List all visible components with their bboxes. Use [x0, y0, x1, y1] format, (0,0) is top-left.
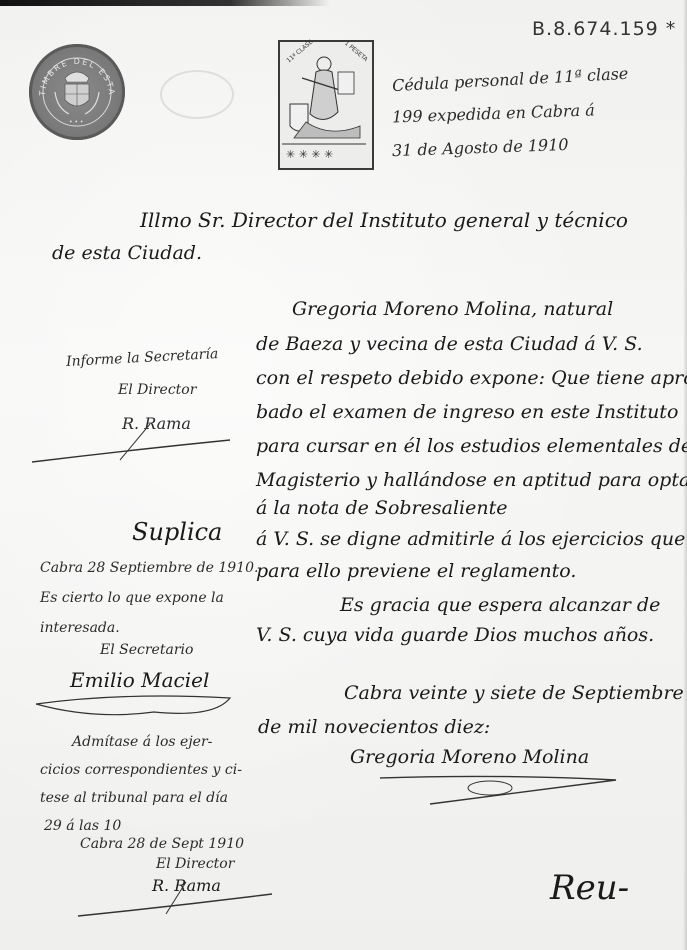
- cedula-note-line-1: Cédula personal de 11ª clase: [392, 64, 629, 95]
- applicant-signature: Gregoria Moreno Molina: [350, 746, 589, 768]
- informe-director-title: El Director: [118, 382, 196, 398]
- cedula-note-line-2: 199 expedida en Cabra á: [392, 100, 595, 126]
- body-line-3: con el respeto debido expone: Que tiene …: [256, 367, 687, 389]
- document-page: B.8.674.159 * TIMBRE DEL ESTADO • • • 11…: [0, 0, 687, 950]
- body-line-4: bado el examen de ingreso en este Instit…: [256, 401, 678, 423]
- salutation-line-1: Illmo Sr. Director del Instituto general…: [140, 208, 628, 232]
- royal-coat-of-arms-icon: TIMBRE DEL ESTADO • • •: [29, 44, 125, 140]
- body-line-10: Es gracia que espera alcanzar de: [340, 594, 660, 616]
- body-line-11: V. S. cuya vida guarde Dios muchos años.: [256, 624, 654, 646]
- cedula-note-line-3: 31 de Agosto de 1910: [392, 135, 569, 160]
- admission-note-line-1: Admítase á los ejer-: [72, 734, 212, 750]
- body-line-6: Magisterio y hallándose en aptitud para …: [256, 469, 687, 491]
- body-line-1: Gregoria Moreno Molina, natural: [292, 298, 613, 320]
- svg-text:• • •: • • •: [69, 119, 83, 126]
- director-signature-flourish-icon: [30, 420, 240, 466]
- secretary-signature-flourish-icon: [34, 688, 234, 722]
- body-line-5: para cursar en él los estudios elemental…: [256, 435, 687, 457]
- closing-line-2: de mil novecientos diez:: [258, 716, 490, 738]
- body-line-2: de Baeza y vecina de esta Ciudad á V. S.: [256, 333, 643, 355]
- admission-note-line-4: 29 á las 10: [44, 818, 121, 834]
- admission-date: Cabra 28 de Sept 1910: [80, 836, 244, 852]
- suplica-heading: Suplica: [132, 518, 222, 546]
- admission-director-title: El Director: [156, 856, 234, 872]
- serial-number: B.8.674.159 *: [532, 18, 676, 40]
- closing-line-1: Cabra veinte y siete de Septiembre: [344, 682, 684, 704]
- admission-note-line-2: cicios correspondientes y ci-: [40, 762, 242, 778]
- admission-note-line-3: tese al tribunal para el día: [40, 790, 228, 806]
- secretary-title: El Secretario: [100, 642, 193, 658]
- body-line-7: á la nota de Sobresaliente: [256, 497, 507, 519]
- body-line-8: á V. S. se digne admitirle á los ejercic…: [256, 528, 685, 550]
- admission-director-flourish-icon: [76, 880, 276, 920]
- body-line-9: para ello previene el reglamento.: [256, 560, 576, 582]
- salutation-line-2: de esta Ciudad.: [52, 242, 202, 264]
- scan-top-edge: [0, 0, 330, 6]
- faint-round-stamp: [160, 70, 234, 119]
- secretary-note-line-3: interesada.: [40, 620, 120, 636]
- signature-flourish-icon: [380, 774, 620, 814]
- secretary-note-line-1: Cabra 28 Septiembre de 1910.: [40, 560, 258, 576]
- informe-note: Informe la Secretaría: [66, 346, 219, 370]
- tax-stamp: 11ª CLASE 1 PESETA ✳ ✳ ✳ ✳: [278, 40, 374, 170]
- secretary-note-line-2: Es cierto lo que expone la: [40, 590, 224, 606]
- svg-text:✳ ✳ ✳ ✳: ✳ ✳ ✳ ✳: [286, 148, 333, 161]
- bottom-right-mark: Reu-: [550, 868, 629, 908]
